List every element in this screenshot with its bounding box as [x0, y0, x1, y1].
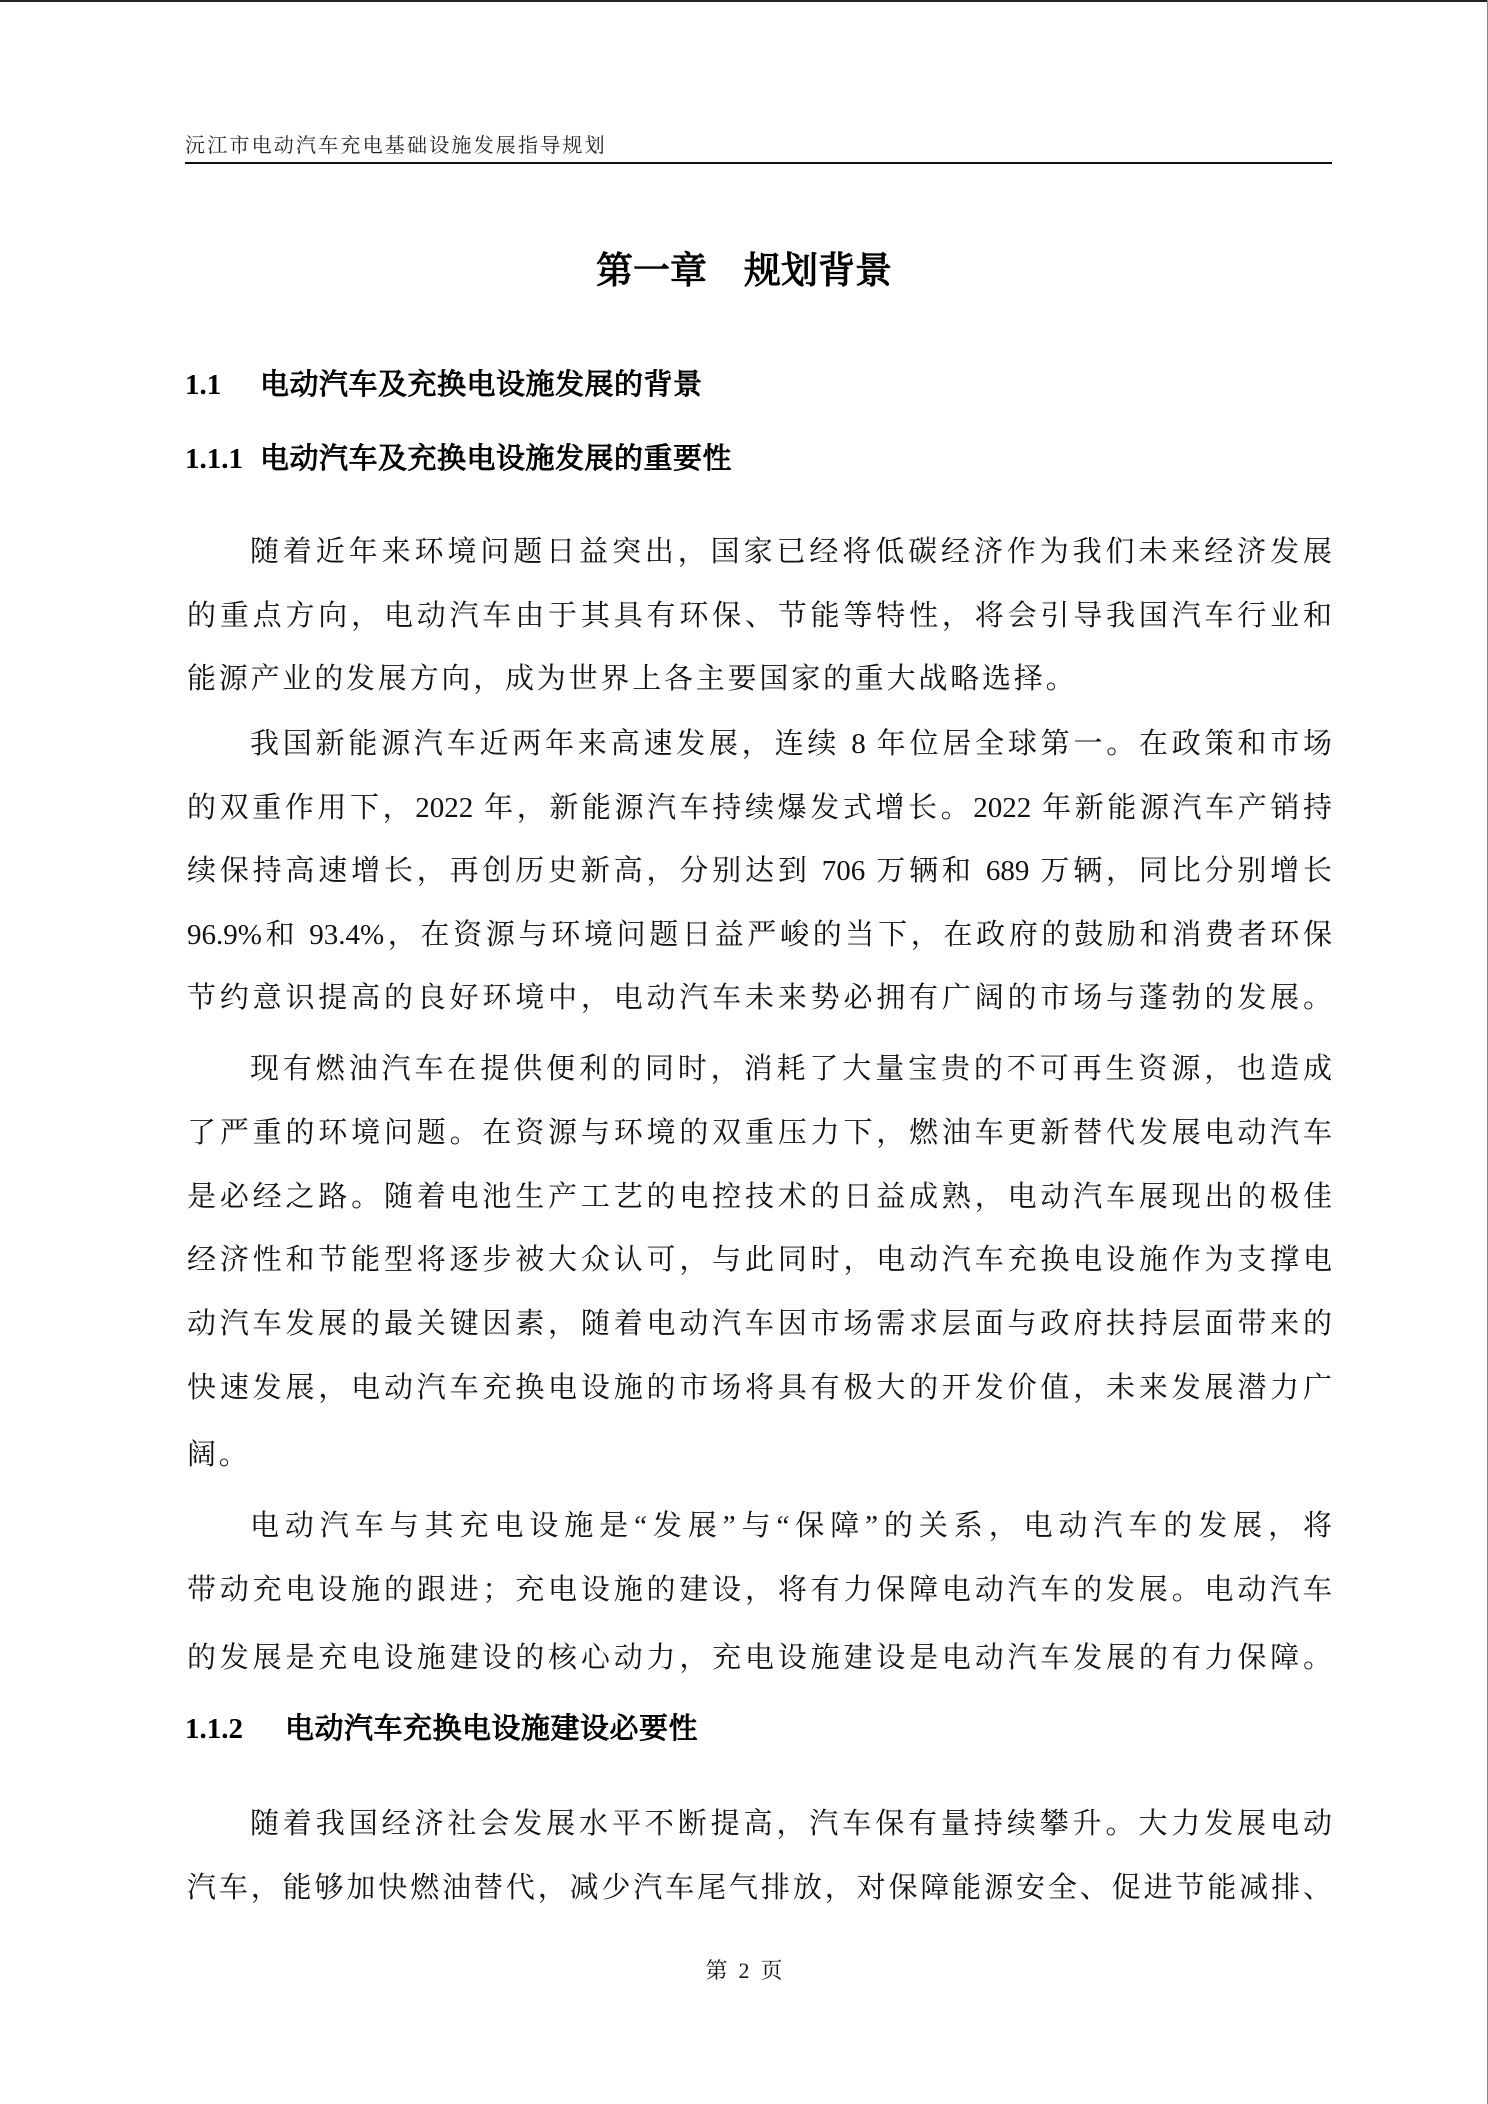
- section-title: 电动汽车充换电设施建设必要性: [285, 1711, 698, 1747]
- section-heading-1-1-2: 1.1.2 电动汽车充换电设施建设必要性: [185, 1711, 243, 1747]
- running-header: 沅江市电动汽车充电基础设施发展指导规划: [185, 133, 607, 159]
- text-line: 节约意识提高的良好环境中，电动汽车未来势必拥有广阔的市场与蓬勃的发展。: [187, 980, 1332, 1016]
- chapter-title: 第一章 规划背景: [0, 250, 1488, 294]
- text-line: 96.9%和 93.4%，在资源与环境问题日益严峻的当下，在政府的鼓励和消费者环…: [187, 917, 1332, 953]
- text-line: 现有燃油汽车在提供便利的同时，消耗了大量宝贵的不可再生资源，也造成: [250, 1051, 1332, 1087]
- section-heading-1-1: 1.1 电动汽车及充换电设施发展的背景: [185, 367, 221, 403]
- page-top-border: [0, 0, 1488, 2]
- text-line: 的双重作用下，2022 年，新能源汽车持续爆发式增长。2022 年新能源汽车产销…: [187, 790, 1332, 826]
- text-line: 是必经之路。随着电池生产工艺的电控技术的日益成熟，电动汽车展现出的极佳: [187, 1179, 1332, 1215]
- page-number: 第 2 页: [0, 1957, 1488, 1985]
- text-line: 快速发展，电动汽车充换电设施的市场将具有极大的开发价值，未来发展潜力广: [187, 1370, 1332, 1406]
- text-line: 了严重的环境问题。在资源与环境的双重压力下，燃油车更新替代发展电动汽车: [187, 1115, 1332, 1151]
- text-line: 汽车，能够加快燃油替代，减少汽车尾气排放，对保障能源安全、促进节能减排、: [187, 1870, 1332, 1906]
- section-number: 1.1.2: [185, 1711, 243, 1747]
- section-number: 1.1.1: [185, 441, 243, 477]
- section-number: 1.1: [185, 367, 221, 403]
- text-line: 我国新能源汽车近两年来高速发展，连续 8 年位居全球第一。在政策和市场: [250, 726, 1332, 762]
- text-line: 续保持高速增长，再创历史新高，分别达到 706 万辆和 689 万辆，同比分别增…: [187, 853, 1332, 889]
- text-line: 的发展是充电设施建设的核心动力，充电设施建设是电动汽车发展的有力保障。: [187, 1640, 1332, 1676]
- text-line: 动汽车发展的最关键因素，随着电动汽车因市场需求层面与政府扶持层面带来的: [187, 1306, 1332, 1342]
- section-title: 电动汽车及充换电设施发展的重要性: [260, 441, 732, 477]
- section-heading-1-1-1: 1.1.1 电动汽车及充换电设施发展的重要性: [185, 441, 243, 477]
- text-line: 阔。: [187, 1437, 1332, 1473]
- text-line: 带动充电设施的跟进；充电设施的建设，将有力保障电动汽车的发展。电动汽车: [187, 1572, 1332, 1608]
- text-line: 的重点方向，电动汽车由于其具有环保、节能等特性，将会引导我国汽车行业和: [187, 598, 1332, 634]
- header-rule: [185, 162, 1332, 164]
- text-line: 电动汽车与其充电设施是“发展”与“保障”的关系，电动汽车的发展，将: [250, 1508, 1332, 1544]
- section-title: 电动汽车及充换电设施发展的背景: [260, 367, 703, 403]
- text-line: 随着近年来环境问题日益突出，国家已经将低碳经济作为我们未来经济发展: [250, 534, 1332, 570]
- text-line: 能源产业的发展方向，成为世界上各主要国家的重大战略选择。: [187, 661, 1332, 697]
- text-line: 随着我国经济社会发展水平不断提高，汽车保有量持续攀升。大力发展电动: [250, 1806, 1332, 1842]
- text-line: 经济性和节能型将逐步被大众认可，与此同时，电动汽车充换电设施作为支撑电: [187, 1242, 1332, 1278]
